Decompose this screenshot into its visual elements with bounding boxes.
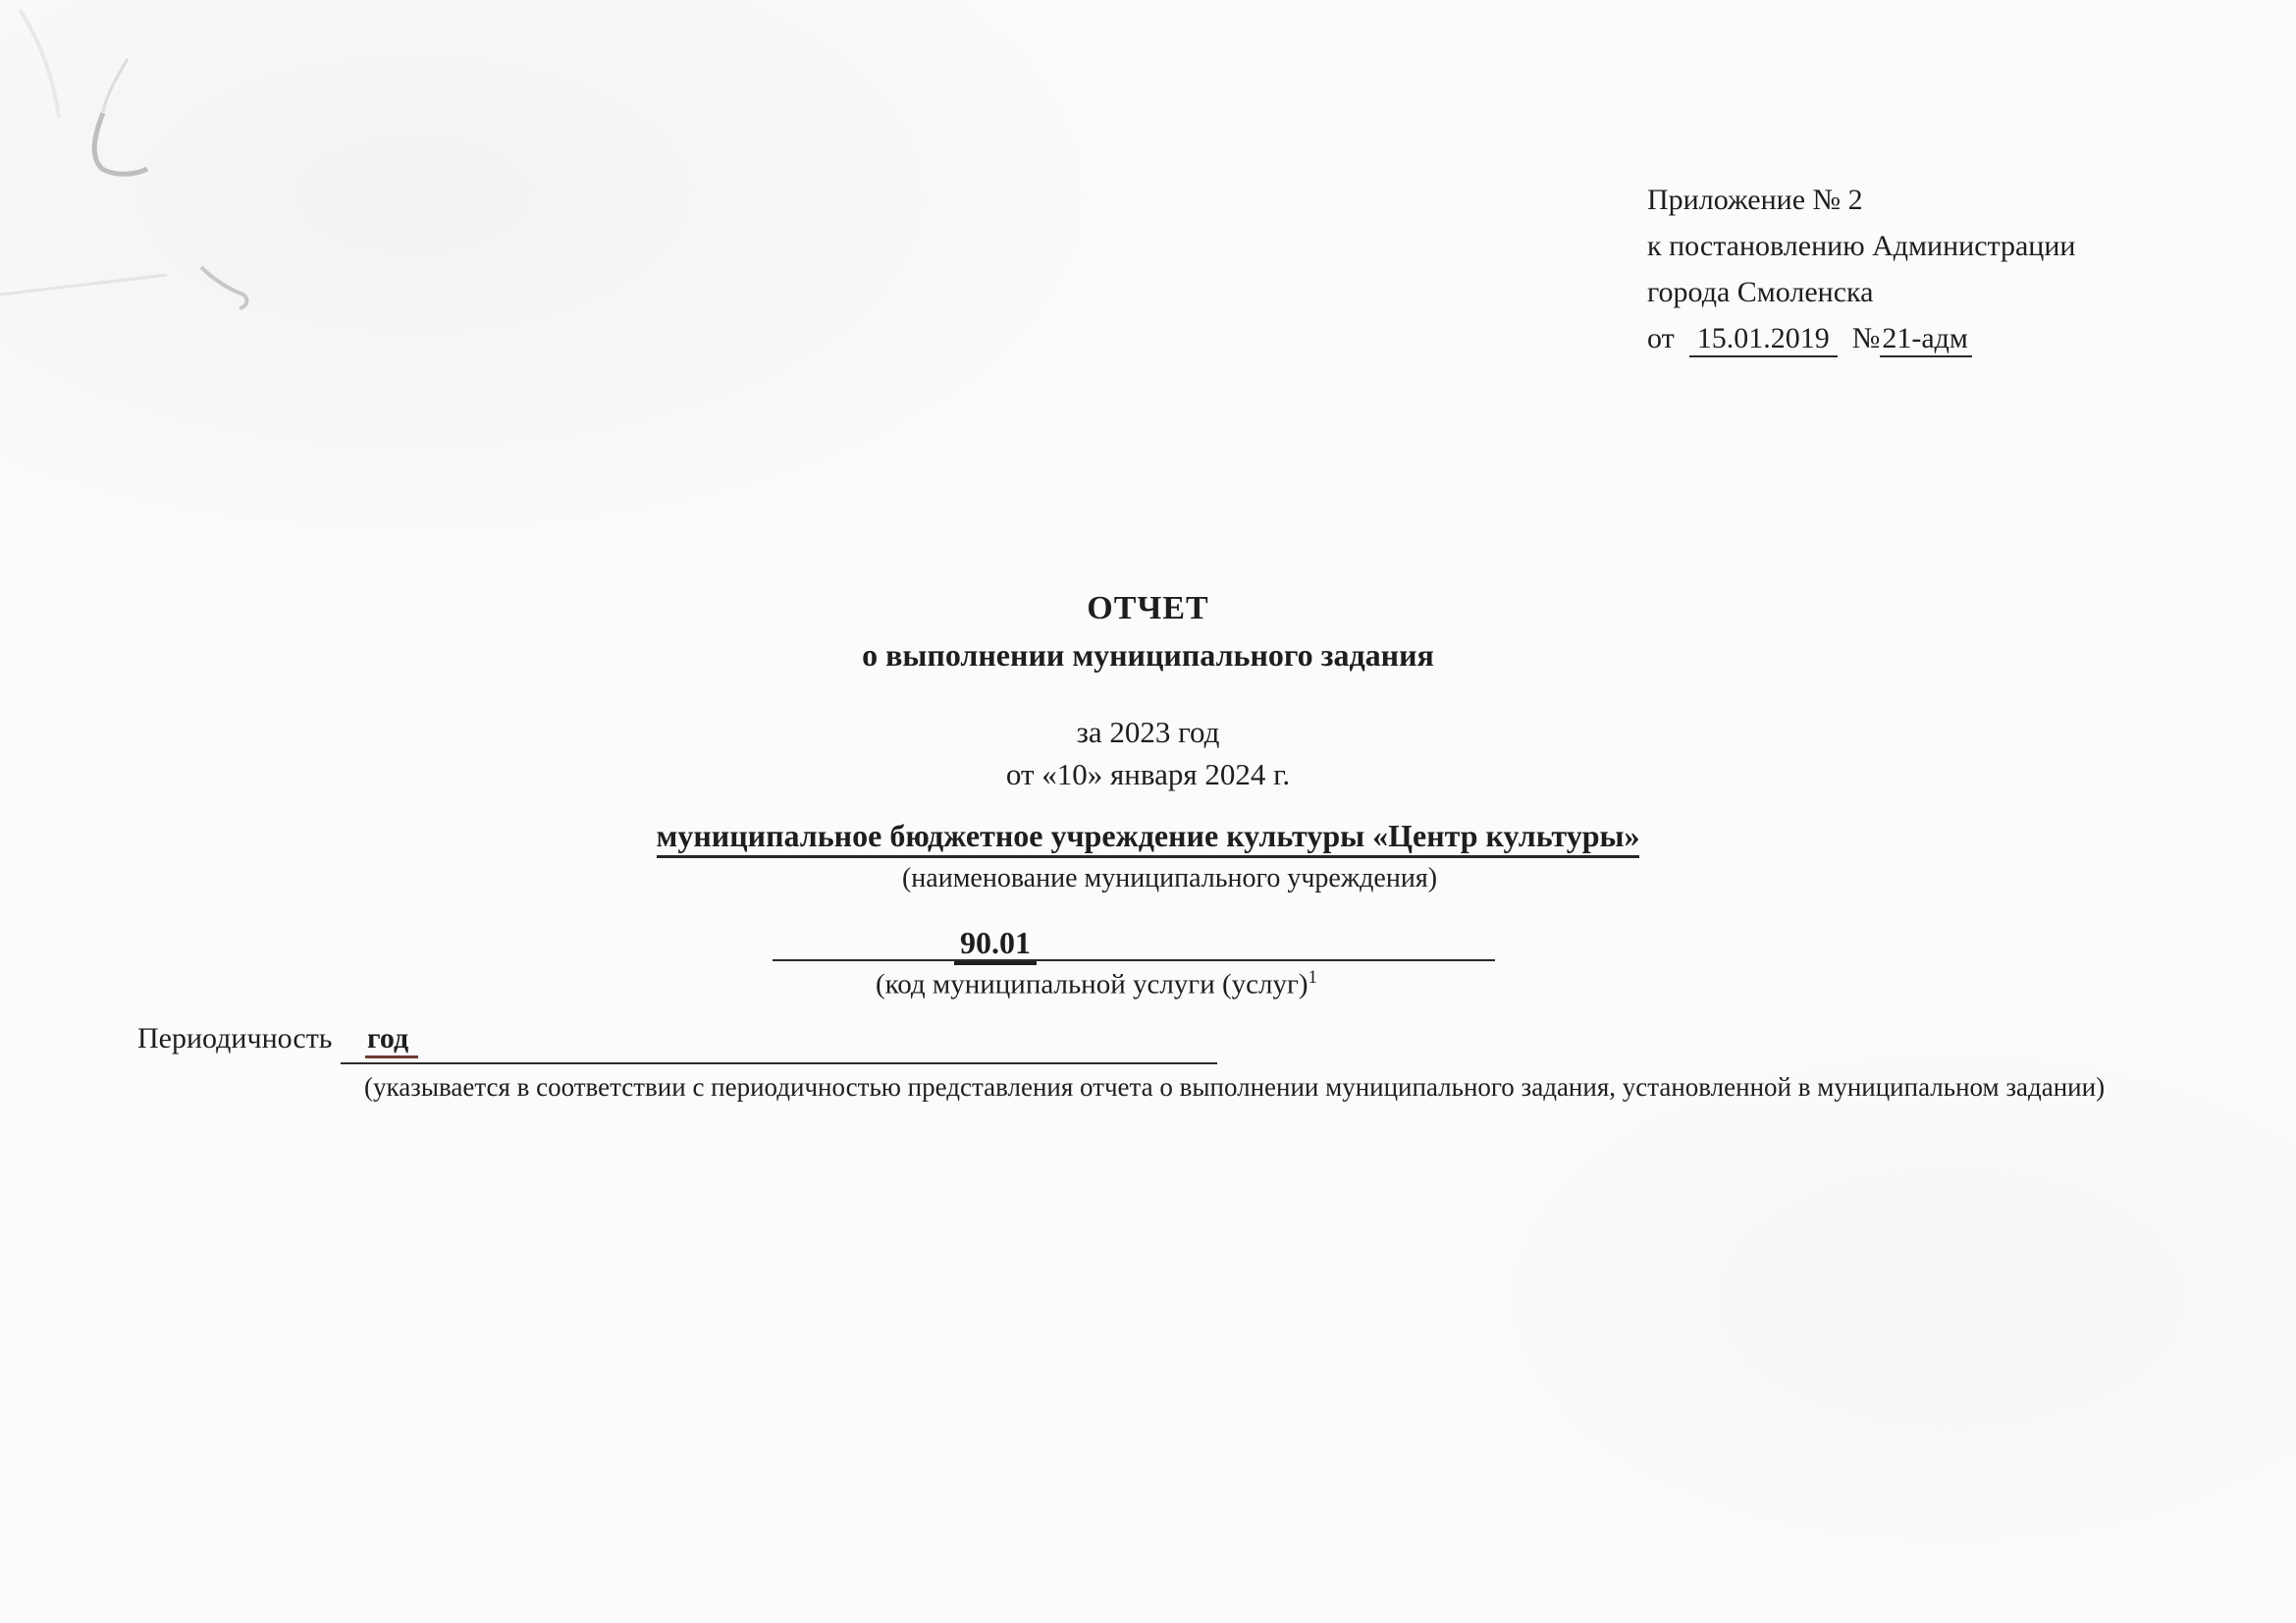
institution-name: муниципальное бюджетное учреждение культ… [657, 818, 1640, 858]
paper-crease-marks [0, 0, 353, 393]
annex-date: 15.01.2019 [1689, 322, 1838, 357]
annex-date-prefix: от [1647, 322, 1675, 354]
annex-number-sign: № [1852, 322, 1881, 354]
periodicity-label: Периодичность [137, 1022, 333, 1055]
annex-number: 21-адм [1880, 322, 1972, 357]
annex-line-4: от 15.01.2019 №21-адм [1647, 315, 2256, 361]
annex-line-1: Приложение № 2 [1647, 177, 2256, 223]
title-block: ОТЧЕТ о выполнении муниципального задани… [0, 590, 2296, 792]
institution-block: муниципальное бюджетное учреждение культ… [0, 818, 2296, 894]
service-code-caption: (код муниципальной услуги (услуг)1 [743, 967, 1450, 1001]
service-code-caption-text: (код муниципальной услуги (услуг) [876, 969, 1308, 1001]
periodicity-value: год [365, 1022, 418, 1058]
annex-line-3: города Смоленска [1647, 269, 2256, 315]
annex-reference-block: Приложение № 2 к постановлению Администр… [1647, 177, 2256, 361]
service-code-value: 90.01 [954, 925, 1037, 965]
scanned-document-page: Приложение № 2 к постановлению Администр… [0, 0, 2296, 1623]
document-title: ОТЧЕТ [0, 590, 2296, 627]
institution-caption: (наименование муниципального учреждения) [22, 863, 2296, 894]
service-code-line: 90.01 [773, 925, 1495, 961]
document-subtitle: о выполнении муниципального задания [0, 637, 2296, 674]
periodicity-line: год [341, 1022, 1217, 1064]
report-period: за 2023 год [0, 715, 2296, 750]
report-date: от «10» января 2024 г. [0, 757, 2296, 792]
annex-line-2: к постановлению Администрации [1647, 223, 2256, 269]
footnote-reference: 1 [1308, 967, 1318, 988]
periodicity-caption: (указывается в соответствии с периодично… [364, 1072, 2105, 1103]
